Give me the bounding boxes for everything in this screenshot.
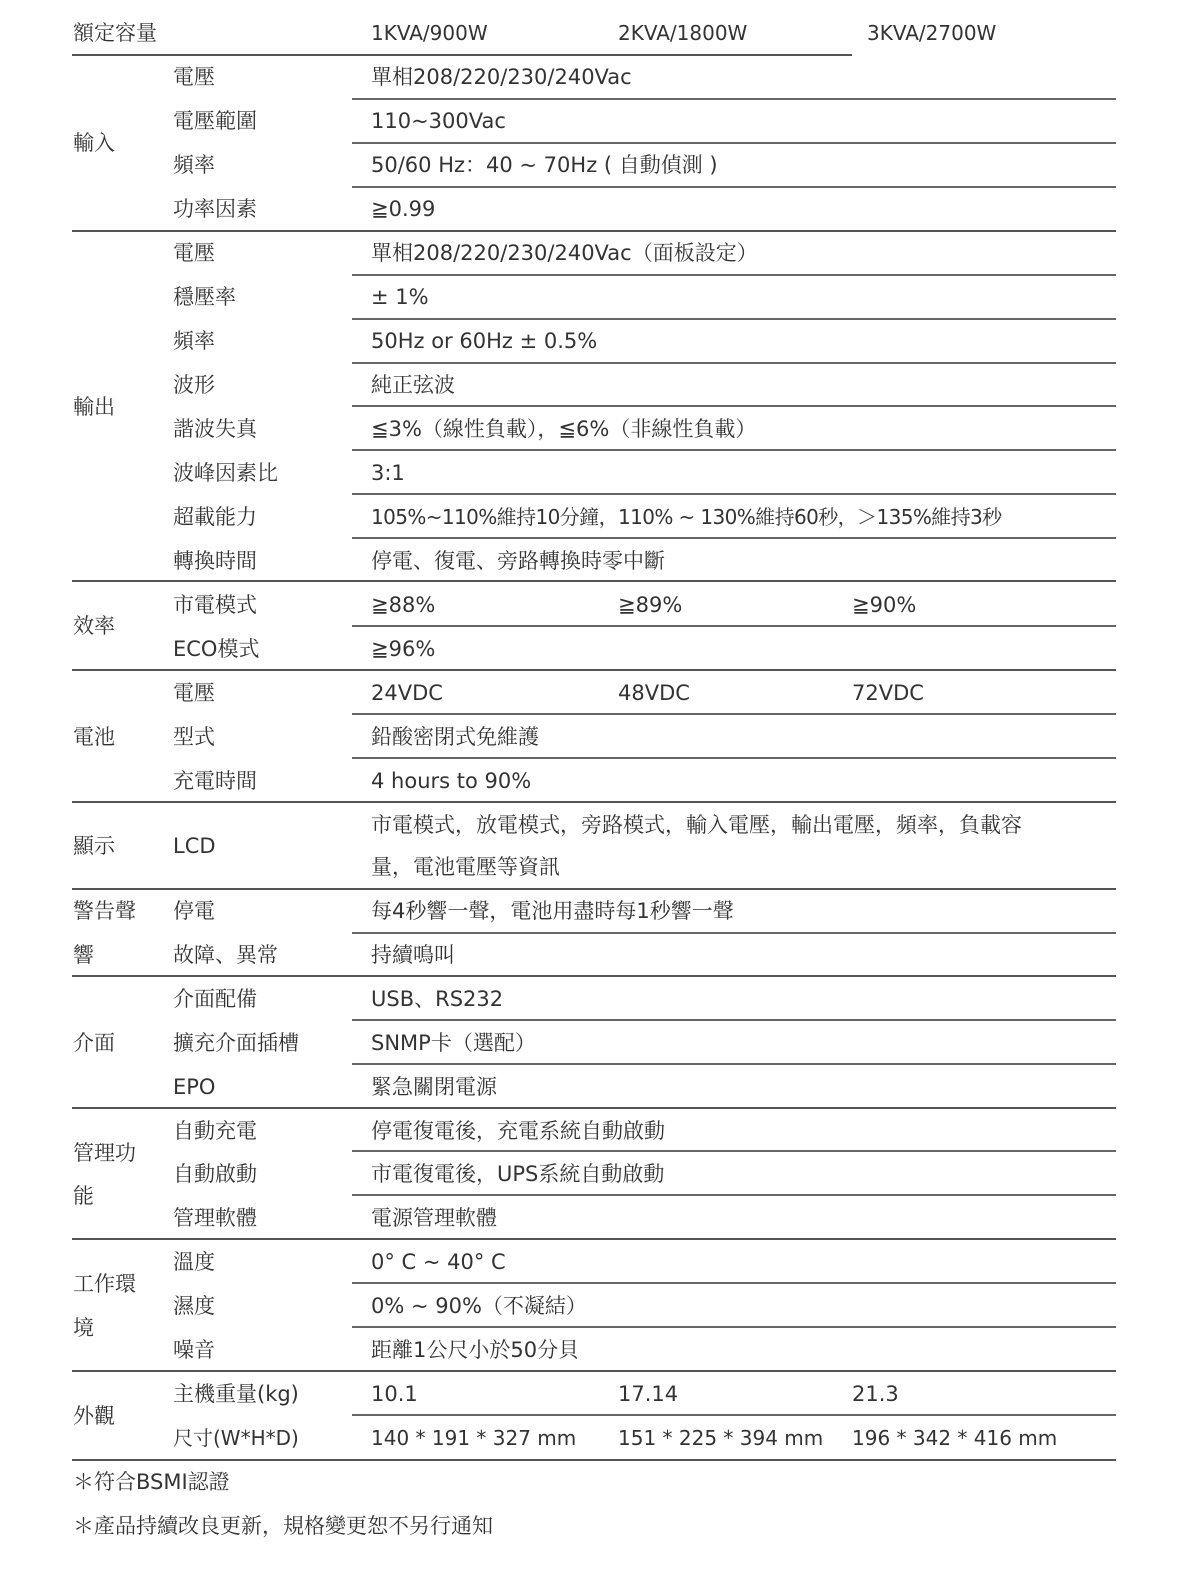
row-label: 噪音 (173, 1336, 215, 1364)
row-label: 波峰因素比 (173, 459, 278, 487)
row-label: 超載能力 (173, 503, 257, 531)
section-divider (72, 1370, 1116, 1372)
model-2: 2KVA/1800W (618, 19, 747, 47)
section-divider (72, 1238, 1116, 1240)
row-label: EPO (173, 1073, 215, 1101)
row-value: ± 1% (371, 283, 429, 311)
row-value: 停電復電後，充電系統自動啟動 (371, 1117, 665, 1145)
row-divider (352, 1326, 1116, 1328)
row-value: 持續鳴叫 (371, 941, 455, 969)
row-value: 純正弦波 (371, 371, 455, 399)
row-value: 151 * 225 * 394 mm (618, 1424, 823, 1452)
section-efficiency: 效率 (73, 612, 115, 640)
section-divider (72, 230, 1116, 232)
row-label: 頻率 (173, 151, 215, 179)
row-divider (352, 625, 1116, 627)
row-divider (352, 1194, 1116, 1196)
row-value: 單相208/220/230/240Vac（面板設定） (371, 239, 758, 267)
row-value: ≧88% (371, 591, 435, 619)
row-value: 140 * 191 * 327 mm (371, 1424, 576, 1452)
section-divider (72, 580, 1116, 582)
row-divider (352, 142, 1116, 144)
row-label: 功率因素 (173, 195, 257, 223)
row-divider (352, 318, 1116, 320)
row-value: 110~300Vac (371, 107, 506, 135)
row-label: 尺寸(W*H*D) (173, 1424, 299, 1452)
row-value: 單相208/220/230/240Vac (371, 63, 632, 91)
row-label: 管理軟體 (173, 1204, 257, 1232)
row-label: 頻率 (173, 327, 215, 355)
row-value: 10.1 (371, 1380, 418, 1408)
row-value: USB、RS232 (371, 985, 503, 1013)
model-3: 3KVA/2700W (867, 19, 996, 47)
row-divider (352, 1414, 1116, 1416)
row-label: 諧波失真 (173, 415, 257, 443)
row-divider (352, 1282, 1116, 1284)
row-value: 距離1公尺小於50分貝 (371, 1336, 579, 1364)
row-label: 溫度 (173, 1248, 215, 1276)
section-divider (72, 1107, 1116, 1109)
row-divider (352, 537, 1116, 539)
row-value: 鉛酸密閉式免維護 (371, 723, 539, 751)
row-value: SNMP卡（選配） (371, 1029, 536, 1057)
row-divider (352, 493, 1116, 495)
row-label: 型式 (173, 723, 215, 751)
header-label: 額定容量 (73, 19, 157, 47)
row-value: 105%~110%維持10分鐘，110% ~ 130%維持60秒，＞135%維持… (371, 503, 1002, 531)
row-label: 介面配備 (173, 985, 257, 1013)
row-value: ≧89% (618, 591, 682, 619)
row-value: 48VDC (618, 679, 690, 707)
note-disclaimer: ＊產品持續改良更新，規格變更恕不另行通知 (73, 1512, 493, 1540)
row-label: ECO模式 (173, 635, 259, 663)
row-value: 量，電池電壓等資訊 (371, 853, 560, 881)
section-alarm-cont: 響 (73, 941, 94, 969)
section-battery: 電池 (73, 723, 115, 751)
spec-sheet: 額定容量 1KVA/900W 2KVA/1800W 3KVA/2700W 輸入 … (0, 0, 1200, 1589)
section-divider (72, 669, 1116, 671)
header-divider (72, 54, 852, 56)
row-value: 市電模式，放電模式，旁路模式，輸入電壓，輸出電壓，頻率，負載容 (371, 811, 1022, 839)
row-label: 波形 (173, 371, 215, 399)
section-appearance: 外觀 (73, 1402, 115, 1430)
row-label: 轉換時間 (173, 547, 257, 575)
row-value: 3:1 (371, 459, 405, 487)
section-management-cont: 能 (73, 1182, 94, 1210)
row-label: 擴充介面插槽 (173, 1029, 299, 1057)
row-divider (352, 1063, 1116, 1065)
row-divider (352, 405, 1116, 407)
row-label: 穩壓率 (173, 283, 236, 311)
row-value: 50Hz or 60Hz ± 0.5% (371, 327, 597, 355)
row-value: 0% ~ 90%（不凝結） (371, 1292, 587, 1320)
section-environment: 工作環 (73, 1270, 136, 1298)
section-input: 輸入 (73, 129, 115, 157)
row-value: ≦3%（線性負載），≦6%（非線性負載） (371, 415, 756, 443)
section-divider (72, 801, 1116, 803)
section-interface: 介面 (73, 1029, 115, 1057)
row-divider (352, 98, 1116, 100)
row-value: ≧0.99 (371, 195, 435, 223)
row-divider (352, 186, 1116, 188)
row-label: 停電 (173, 897, 215, 925)
row-label: 濕度 (173, 1292, 215, 1320)
row-divider (352, 274, 1116, 276)
row-divider (352, 713, 1116, 715)
row-label: LCD (173, 832, 216, 860)
row-label: 主機重量(kg) (173, 1380, 299, 1408)
row-value: 50/60 Hz：40 ~ 70Hz ( 自動偵測 ) (371, 151, 718, 179)
section-output: 輸出 (73, 393, 115, 421)
section-environment-cont: 境 (73, 1314, 94, 1342)
section-display: 顯示 (73, 832, 115, 860)
row-value: 196 * 342 * 416 mm (852, 1424, 1057, 1452)
row-value: 市電復電後，UPS系統自動啟動 (371, 1160, 664, 1188)
row-divider (352, 362, 1116, 364)
row-value: 每4秒響一聲，電池用盡時每1秒響一聲 (371, 897, 734, 925)
section-divider (72, 1459, 1116, 1461)
row-value: 72VDC (852, 679, 924, 707)
row-value: 24VDC (371, 679, 443, 707)
note-bsmi: ＊符合BSMI認證 (73, 1468, 230, 1496)
row-value: 17.14 (618, 1380, 678, 1408)
row-label: 電壓 (173, 239, 215, 267)
row-value: ≧96% (371, 635, 435, 663)
row-label: 自動啟動 (173, 1160, 257, 1188)
row-value: 4 hours to 90% (371, 767, 531, 795)
row-divider (352, 1019, 1116, 1021)
row-value: 電源管理軟體 (371, 1204, 497, 1232)
row-label: 電壓 (173, 63, 215, 91)
section-alarm: 警告聲 (73, 897, 136, 925)
row-value: 0° C ~ 40° C (371, 1248, 506, 1276)
row-divider (352, 932, 1116, 934)
row-label: 市電模式 (173, 591, 257, 619)
row-value: ≧90% (852, 591, 916, 619)
row-divider (352, 757, 1116, 759)
section-management: 管理功 (73, 1139, 136, 1167)
row-label: 電壓 (173, 679, 215, 707)
row-value: 停電、復電、旁路轉換時零中斷 (371, 547, 665, 575)
row-label: 充電時間 (173, 767, 257, 795)
section-divider (72, 975, 1116, 977)
row-divider (352, 1150, 1116, 1152)
section-divider (72, 888, 1116, 890)
row-label: 電壓範圍 (173, 107, 257, 135)
row-label: 故障、異常 (173, 941, 278, 969)
row-label: 自動充電 (173, 1117, 257, 1145)
model-1: 1KVA/900W (371, 19, 488, 47)
row-value: 緊急關閉電源 (371, 1073, 497, 1101)
row-divider (352, 449, 1116, 451)
row-value: 21.3 (852, 1380, 899, 1408)
